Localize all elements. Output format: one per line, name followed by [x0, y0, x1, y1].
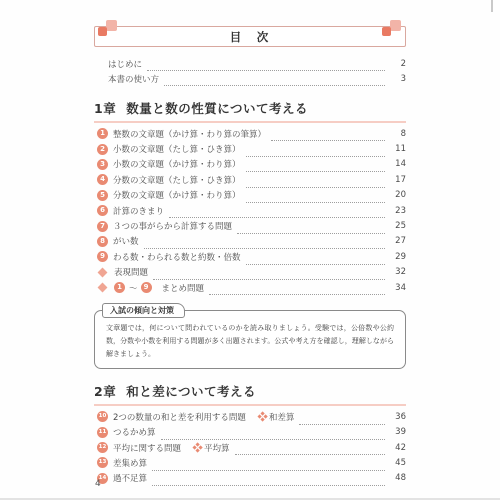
chapter-title: 2章和と差について考える [94, 380, 406, 406]
chapter-section: 1章数量と数の性質について考える1整数の文章題（かけ算・わり算の筆算）82小数の… [94, 97, 406, 369]
entry-number-badge: 12 [97, 442, 108, 453]
toc-entry: 8がい数27 [94, 234, 406, 249]
toc-entry: 13差集め算45 [94, 455, 406, 470]
entry-page-number: 25 [390, 221, 406, 231]
entry-page-number: 34 [390, 283, 406, 293]
entry-number-badge: 4 [97, 174, 108, 185]
entry-page-number: 14 [390, 159, 406, 169]
cluster-diamond-icon [193, 443, 202, 452]
entry-number-badge: 8 [97, 236, 108, 247]
toc-page: 目 次 はじめに2本書の使い方3 1章数量と数の性質について考える1整数の文章題… [0, 0, 500, 500]
dot-leader [235, 451, 385, 456]
entry-label: はじめに [108, 58, 142, 70]
entry-number-badge: 6 [97, 205, 108, 216]
entry-page-number: 36 [390, 412, 406, 422]
entry-tag-label: 平均算 [204, 442, 230, 454]
dot-leader [246, 260, 385, 265]
entry-page-number: 17 [390, 175, 406, 185]
entry-label: 過不足算 [113, 472, 147, 484]
dot-leader [246, 168, 385, 173]
toc-entry: 12平均に関する問題平均算42 [94, 440, 406, 455]
entry-tag-label: 和差算 [269, 411, 295, 423]
chapter-number: 2章 [94, 384, 116, 399]
dot-leader [152, 466, 385, 471]
entry-label: 分数の文章題（たし算・ひき算） [113, 174, 241, 186]
front-matter-entry: はじめに2 [94, 56, 406, 71]
entry-page-number: 2 [390, 59, 406, 69]
entry-page-number: 42 [390, 443, 406, 453]
toc-entry: 表現問題32 [94, 265, 406, 280]
entry-page-number: 45 [390, 458, 406, 468]
entry-page-number: 20 [390, 190, 406, 200]
entry-number-badge: 13 [97, 457, 108, 468]
corner-ornament-left-icon [97, 20, 119, 44]
toc-entry: 1整数の文章題（かけ算・わり算の筆算）8 [94, 126, 406, 141]
entry-number-badge: 10 [97, 411, 108, 422]
entry-number-badge: 9 [97, 251, 108, 262]
exam-tips-tab: 入試の傾向と対策 [102, 303, 185, 318]
toc-entry: 6計算のきまり23 [94, 203, 406, 218]
diamond-icon [98, 283, 108, 293]
dot-leader [152, 482, 385, 487]
entry-page-number: 48 [390, 473, 406, 483]
toc-entry: 4分数の文章題（たし算・ひき算）17 [94, 172, 406, 187]
entry-label: わる数・わられる数と約数・倍数 [113, 251, 241, 263]
entry-page-number: 8 [390, 129, 406, 139]
entry-label: 本書の使い方 [108, 73, 159, 85]
page-number: 4 [95, 479, 101, 489]
dot-leader [237, 229, 385, 234]
entry-label: 小数の文章題（かけ算・わり算） [113, 158, 241, 170]
dot-leader [144, 245, 385, 250]
exam-tips-text: 文章題では，何について問われているのかを読み取りましょう。受験では，公倍数や公約… [106, 322, 394, 361]
front-matter-entry: 本書の使い方3 [94, 71, 406, 86]
chapter-name: 数量と数の性質について考える [126, 101, 308, 116]
toc-entry: 102つの数量の和と差を利用する問題和差算36 [94, 409, 406, 424]
entry-tag: 和差算 [258, 411, 295, 423]
entry-label: まとめ問題 [162, 282, 205, 294]
chapter-section: 2章和と差について考える102つの数量の和と差を利用する問題和差算3611つるか… [94, 380, 406, 486]
dot-leader [209, 291, 385, 296]
dot-leader [246, 183, 385, 188]
toc-entry: 2小数の文章題（たし算・ひき算）11 [94, 141, 406, 156]
corner-ornament-right-icon [381, 20, 403, 44]
entry-page-number: 23 [390, 206, 406, 216]
entry-label: 整数の文章題（かけ算・わり算の筆算） [113, 128, 266, 140]
entry-label: 2つの数量の和と差を利用する問題 [113, 411, 246, 423]
chapter-item-list: 1整数の文章題（かけ算・わり算の筆算）82小数の文章題（たし算・ひき算）113小… [94, 126, 406, 295]
dot-leader [161, 435, 385, 440]
entry-label: 平均に関する問題 [113, 442, 181, 454]
entry-label: 計算のきまり [113, 205, 164, 217]
entry-page-number: 29 [390, 252, 406, 262]
entry-page-number: 3 [390, 74, 406, 84]
entry-number-badge: 2 [97, 144, 108, 155]
entry-page-number: 27 [390, 236, 406, 246]
toc-entry: 14過不足算48 [94, 471, 406, 486]
entry-number-badge: 1 [97, 128, 108, 139]
toc-content: 目 次 はじめに2本書の使い方3 1章数量と数の性質について考える1整数の文章題… [94, 26, 406, 486]
entry-number-badge: 5 [97, 190, 108, 201]
entry-number-badge: 11 [97, 427, 108, 438]
entry-label: 分数の文章題（かけ算・わり算） [113, 189, 241, 201]
chapter-sections: 1章数量と数の性質について考える1整数の文章題（かけ算・わり算の筆算）82小数の… [94, 97, 406, 486]
toc-entry: 5分数の文章題（かけ算・わり算）20 [94, 188, 406, 203]
page-title: 目 次 [230, 29, 271, 45]
front-matter-list: はじめに2本書の使い方3 [94, 56, 406, 86]
range-start-badge: 1 [114, 282, 125, 293]
toc-entry: 3小数の文章題（かけ算・わり算）14 [94, 157, 406, 172]
toc-entry: 1〜9まとめ問題34 [94, 280, 406, 295]
range-end-badge: 9 [141, 282, 152, 293]
chapter-number: 1章 [94, 101, 116, 116]
toc-header: 目 次 [94, 26, 406, 47]
range-separator: 〜 [129, 282, 138, 294]
entry-page-number: 11 [390, 144, 406, 154]
toc-entry: 9わる数・わられる数と約数・倍数29 [94, 249, 406, 264]
entry-page-number: 32 [390, 267, 406, 277]
photo-edge-artifact-top [491, 0, 493, 12]
dot-leader [164, 82, 385, 87]
entry-label: ３つの事がらから計算する問題 [113, 220, 232, 232]
exam-tips-box: 入試の傾向と対策文章題では，何について問われているのかを読み取りましょう。受験で… [94, 310, 406, 369]
entry-page-number: 39 [390, 427, 406, 437]
entry-number-badge: 7 [97, 221, 108, 232]
chapter-item-list: 102つの数量の和と差を利用する問題和差算3611つるかめ算3912平均に関する… [94, 409, 406, 486]
entry-label: つるかめ算 [113, 426, 156, 438]
dot-leader [246, 198, 385, 203]
entry-label: 表現問題 [114, 266, 148, 278]
cluster-diamond-icon [258, 412, 267, 421]
entry-tag: 平均算 [193, 442, 230, 454]
toc-entry: 7３つの事がらから計算する問題25 [94, 218, 406, 233]
toc-entry: 11つるかめ算39 [94, 425, 406, 440]
dot-leader [271, 137, 385, 142]
entry-label: がい数 [113, 235, 139, 247]
entry-label: 小数の文章題（たし算・ひき算） [113, 143, 241, 155]
chapter-name: 和と差について考える [126, 384, 256, 399]
dot-leader [246, 152, 385, 157]
entry-label: 差集め算 [113, 457, 147, 469]
dot-leader [299, 420, 385, 425]
entry-number-badge: 3 [97, 159, 108, 170]
diamond-icon [98, 267, 108, 277]
dot-leader [169, 214, 385, 219]
chapter-title: 1章数量と数の性質について考える [94, 97, 406, 123]
dot-leader [147, 67, 385, 72]
dot-leader [153, 275, 385, 280]
